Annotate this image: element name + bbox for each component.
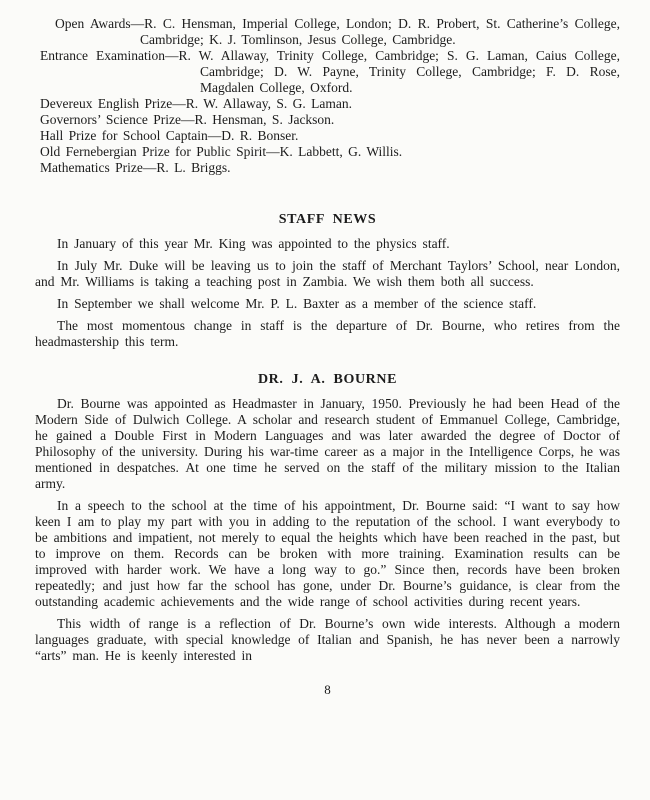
staff-news-paragraph-4: The most momentous change in staff is th…: [35, 318, 620, 350]
bourne-paragraph-3: This width of range is a reflection of D…: [35, 616, 620, 664]
award-item-hall-prize: Hall Prize for School Captain—D. R. Bons…: [35, 128, 620, 144]
page-number: 8: [35, 682, 620, 698]
awards-list: Open Awards—R. C. Hensman, Imperial Coll…: [35, 16, 620, 176]
award-item-governors-science-prize: Governors’ Science Prize—R. Hensman, S. …: [35, 112, 620, 128]
award-item-mathematics-prize: Mathematics Prize—R. L. Briggs.: [35, 160, 620, 176]
staff-news-paragraph-3: In September we shall welcome Mr. P. L. …: [35, 296, 620, 312]
bourne-heading: DR. J. A. BOURNE: [35, 372, 620, 388]
award-item-open-awards: Open Awards—R. C. Hensman, Imperial Coll…: [35, 16, 620, 48]
bourne-paragraph-2: In a speech to the school at the time of…: [35, 498, 620, 610]
award-item-old-fernebergian-prize: Old Fernebergian Prize for Public Spirit…: [35, 144, 620, 160]
award-item-entrance-examination: Entrance Examination—R. W. Allaway, Trin…: [35, 48, 620, 96]
staff-news-paragraph-2: In July Mr. Duke will be leaving us to j…: [35, 258, 620, 290]
document-page: Open Awards—R. C. Hensman, Imperial Coll…: [0, 0, 650, 800]
bourne-paragraph-1: Dr. Bourne was appointed as Headmaster i…: [35, 396, 620, 492]
staff-news-paragraph-1: In January of this year Mr. King was app…: [35, 236, 620, 252]
award-item-devereux-english-prize: Devereux English Prize—R. W. Allaway, S.…: [35, 96, 620, 112]
staff-news-heading: STAFF NEWS: [35, 212, 620, 228]
